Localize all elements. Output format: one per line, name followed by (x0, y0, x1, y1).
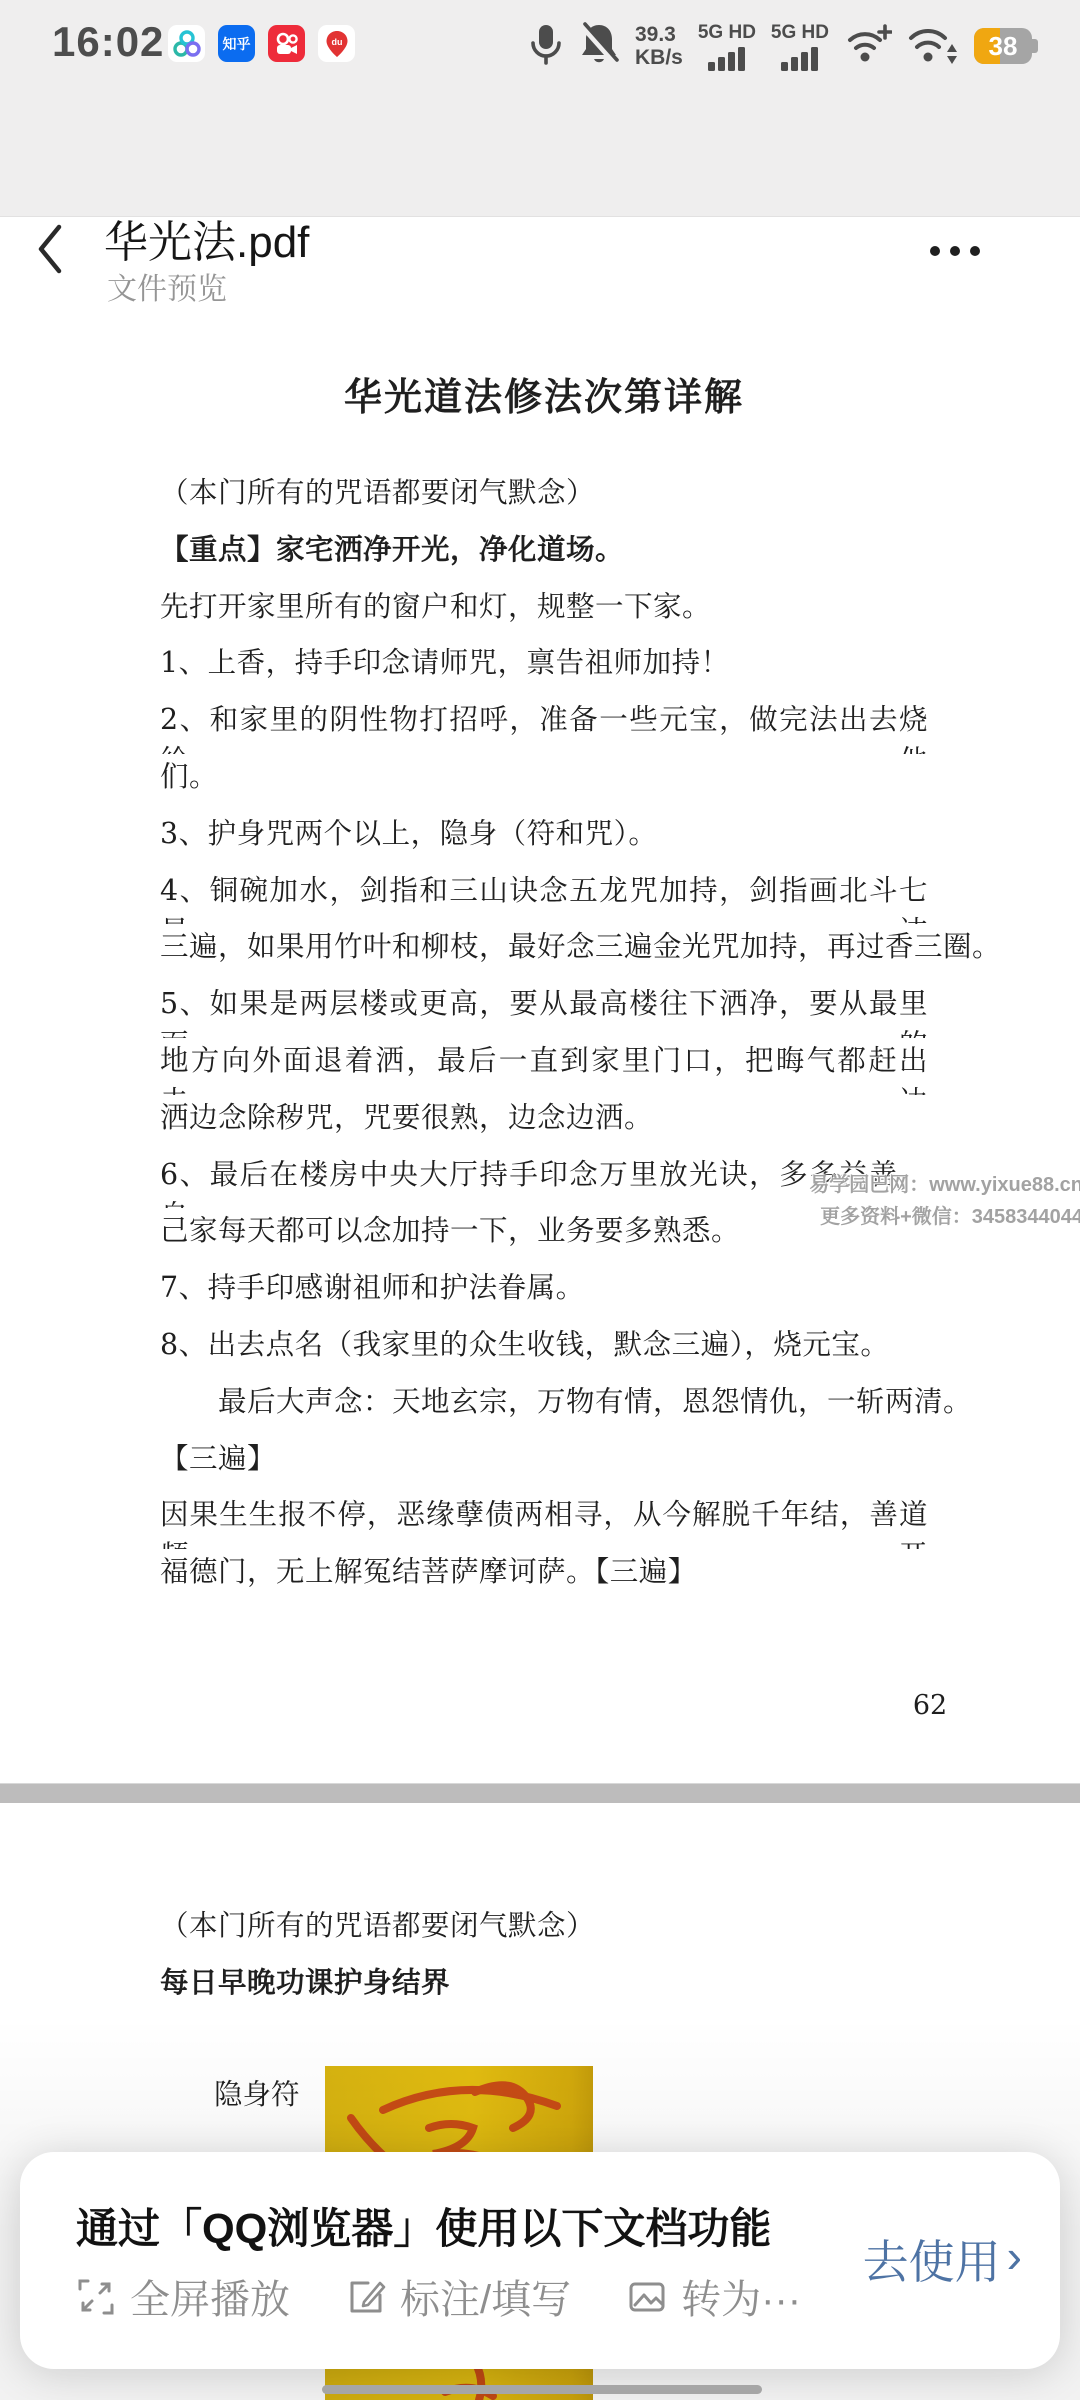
fullscreen-play-button[interactable]: 全屏播放 (76, 2268, 290, 2325)
file-preview-header: 华光法.pdf 文件预览 (0, 88, 1080, 217)
annotate-icon (346, 2277, 386, 2317)
document-page-1-text: （本门所有的咒语都要闭气默念） 【重点】家宅洒净开光，净化道场。 先打开家里所有… (160, 470, 928, 1606)
wifi-dual-icon (907, 22, 959, 71)
annotate-fill-button[interactable]: 标注/填写 (346, 2268, 571, 2325)
page-separator (0, 1783, 1080, 1803)
doc-line: 【重点】家宅洒净开光，净化道场。 (160, 527, 928, 584)
sim2-signal-bars-icon (781, 47, 818, 71)
sim2-signal: 5G HD (771, 22, 829, 71)
network-speed: 39.3 KB/s (635, 23, 683, 69)
document-feature-row: 全屏播放 标注/填写 转为··· (76, 2268, 801, 2325)
bell-muted-icon (578, 21, 620, 72)
status-bar-indicators: 39.3 KB/s 5G HD 5G HD (529, 18, 1032, 74)
back-button[interactable] (36, 222, 64, 281)
doc-line: 5、如果是两层楼或更高，要从最高楼往下洒净，要从最里面的 (160, 981, 928, 1038)
go-use-label: 去使用 (863, 2226, 1001, 2292)
doc-line: 地方向外面退着洒，最后一直到家里门口，把晦气都赶出去。边 (160, 1038, 928, 1095)
doc-line: 每日早晚功课护身结界 (160, 1960, 928, 2017)
talisman-caption: 隐身符 (214, 2072, 300, 2113)
battery-percent: 38 (974, 28, 1032, 64)
doc-line: 最后大声念：天地玄宗，万物有情，恩怨情仇，一斩两清。 (160, 1379, 928, 1436)
sim1-signal: 5G HD (698, 22, 756, 71)
go-use-button[interactable]: 去使用 › (863, 2226, 1022, 2292)
watermark-contact: 更多资料+微信：3458344044 (820, 1200, 1080, 1229)
convert-to-image-label: 转为··· (681, 2268, 801, 2325)
doc-line: 7、持手印感谢祖师和护法眷属。 (160, 1265, 928, 1322)
baidu-map-app-icon: du (318, 25, 355, 62)
sim2-network-type: 5G HD (771, 22, 829, 44)
more-dots-icon (930, 246, 940, 256)
document-title: 华光道法修法次第详解 (160, 366, 928, 421)
doc-line: 【三遍】 (160, 1436, 928, 1493)
phone-screen: 16:02 知乎 (0, 0, 1080, 2400)
page-number: 62 (880, 1690, 980, 1721)
convert-to-image-button[interactable]: 转为··· (627, 2268, 801, 2325)
file-subtitle: 文件预览 (107, 264, 227, 308)
doc-line: 2、和家里的阴性物打招呼，准备一些元宝，做完法出去烧给他 (160, 697, 928, 754)
sim1-signal-bars-icon (708, 47, 745, 71)
file-title: 华光法.pdf (104, 206, 309, 270)
doc-line: 4、铜碗加水，剑指和三山诀念五龙咒加持，剑指画北斗七星讳 (160, 868, 928, 925)
zhihu-app-icon: 知乎 (218, 25, 255, 62)
document-page-2-text: （本门所有的咒语都要闭气默念） 每日早晚功课护身结界 (160, 1903, 928, 2017)
doc-line: 己家每天都可以念加持一下，业务要多熟悉。 (160, 1208, 928, 1265)
doc-line: 福德门，无上解冤结菩萨摩诃萨。【三遍】 (160, 1549, 928, 1606)
doc-line: 8、出去点名（我家里的众生收钱，默念三遍），烧元宝。 (160, 1322, 928, 1379)
fullscreen-play-label: 全屏播放 (130, 2268, 290, 2325)
doc-line: 先打开家里所有的窗户和灯，规整一下家。 (160, 584, 928, 641)
network-speed-unit: KB/s (635, 46, 683, 69)
kuaishou-app-icon (268, 25, 305, 62)
svg-text:du: du (331, 37, 342, 47)
doc-line: 因果生生报不停，恶缘孽债两相寻，从今解脱千年结，善道频开 (160, 1492, 928, 1549)
fullscreen-icon (76, 2277, 116, 2317)
doc-line: （本门所有的咒语都要闭气默念） (160, 1903, 928, 1960)
mindmap-app-icon (168, 25, 205, 62)
bottom-sheet-title: 通过「QQ浏览器」使用以下文档功能 (76, 2196, 771, 2256)
chevron-right-icon: › (1007, 2233, 1022, 2279)
doc-line: 1、上香，持手印念请师咒，禀告祖师加持！ (160, 640, 928, 697)
annotate-fill-label: 标注/填写 (400, 2268, 571, 2325)
wifi-plus-icon (844, 22, 892, 71)
doc-line: 三遍，如果用竹叶和柳枝，最好念三遍金光咒加持，再过香三圈。 (160, 924, 928, 981)
battery-indicator: 38 (974, 28, 1032, 64)
doc-line: 洒边念除秽咒，咒要很熟，边念边洒。 (160, 1095, 928, 1152)
doc-line: 3、护身咒两个以上，隐身（符和咒）。 (160, 811, 928, 868)
microphone-icon (529, 21, 563, 72)
clock: 16:02 (52, 18, 164, 66)
doc-line: （本门所有的咒语都要闭气默念） (160, 470, 928, 527)
notification-app-icons: 知乎 du (168, 25, 355, 62)
status-bar: 16:02 知乎 (0, 0, 1080, 88)
zhihu-label: 知乎 (223, 34, 251, 54)
doc-line: 们。 (160, 754, 928, 811)
more-button[interactable] (930, 246, 980, 256)
network-speed-value: 39.3 (635, 23, 683, 46)
battery-nub (1032, 39, 1038, 53)
home-indicator[interactable] (322, 2385, 762, 2394)
watermark-site: 易学园巴网：www.yixue88.cn (809, 1168, 1080, 1197)
qq-browser-bottom-sheet: 通过「QQ浏览器」使用以下文档功能 去使用 › 全屏播放 (20, 2152, 1060, 2369)
sim1-network-type: 5G HD (698, 22, 756, 44)
convert-image-icon (627, 2277, 667, 2317)
